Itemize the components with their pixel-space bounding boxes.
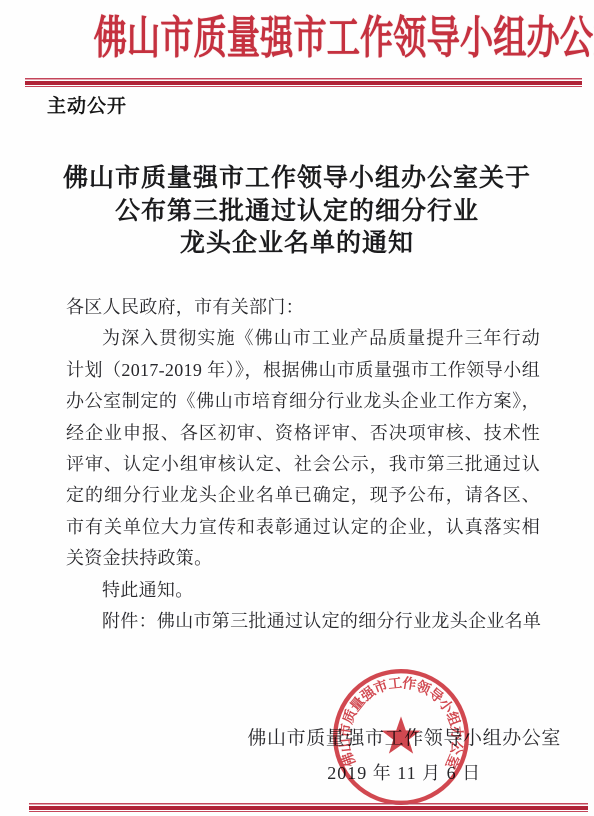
disclosure-marking: 主动公开 <box>47 91 127 118</box>
letterhead-org-name: 佛山市质量强市工作领导小组办公室 <box>94 8 594 68</box>
attachment-line: 附件：佛山市第三批通过认定的细分行业龙头企业名单 <box>66 606 540 637</box>
seal-star <box>381 716 420 753</box>
official-seal: 佛山市质量强市工作领导小组办公室 <box>329 665 473 809</box>
document-title-line3: 龙头企业名单的通知 <box>0 228 594 261</box>
document-title-line2: 公布第三批通过认定的细分行业 <box>0 196 594 229</box>
closing-line: 特此通知。 <box>66 575 540 606</box>
body-paragraph: 为深入贯彻实施《佛山市工业产品质量提升三年行动计划（2017-2019 年）》，… <box>66 323 540 574</box>
document-title: 佛山市质量强市工作领导小组办公室关于 公布第三批通过认定的细分行业 龙头企业名单… <box>0 163 594 261</box>
document-title-line1: 佛山市质量强市工作领导小组办公室关于 <box>0 163 594 196</box>
salutation: 各区人民政府，市有关部门： <box>66 292 540 323</box>
document-page: 佛山市质量强市工作领导小组办公室 主动公开 佛山市质量强市工作领导小组办公室关于… <box>0 0 594 816</box>
letterhead-rule <box>25 78 582 87</box>
document-body: 各区人民政府，市有关部门： 为深入贯彻实施《佛山市工业产品质量提升三年行动计划（… <box>66 292 540 637</box>
footer-rule <box>29 803 588 812</box>
letterhead: 佛山市质量强市工作领导小组办公室 <box>0 8 594 70</box>
